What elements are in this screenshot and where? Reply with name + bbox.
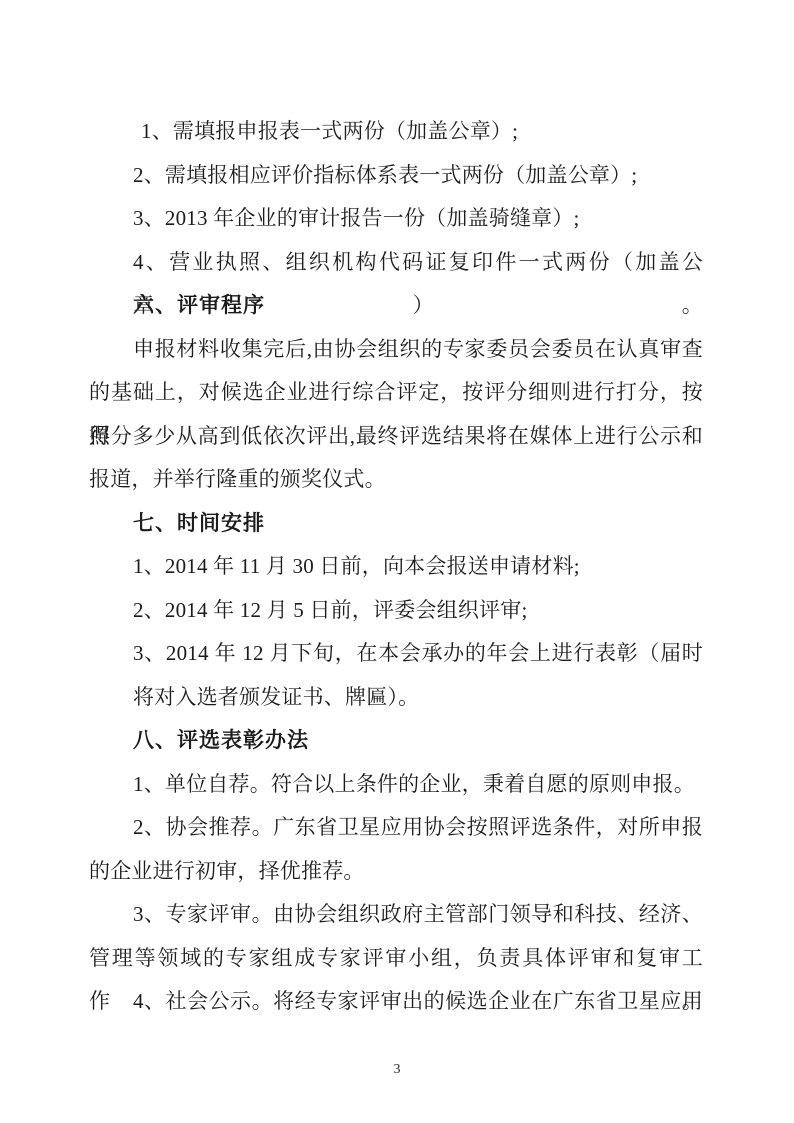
- attachment-item-2: 2、需填报相应评价指标体系表一式两份（加盖公章）;: [89, 154, 703, 198]
- review-procedure-line-4: 报道，并举行隆重的颁奖仪式。: [89, 458, 703, 502]
- review-procedure-line-3: 得分多少从高到低依次评出,最终评选结果将在媒体上进行公示和: [89, 415, 703, 459]
- selection-method-item-2-line-1: 2、协会推荐。广东省卫星应用协会按照评选条件，对所申报: [89, 806, 703, 850]
- section-heading-schedule: 七、时间安排: [89, 502, 703, 546]
- page-content: 1、需填报申报表一式两份（加盖公章）; 2、需填报相应评价指标体系表一式两份（加…: [89, 110, 703, 1024]
- schedule-item-3-line-2: 将对入选者颁发证书、牌匾）。: [89, 676, 703, 720]
- page-number: 3: [0, 1062, 794, 1078]
- review-procedure-line-2: 的基础上，对候选企业进行综合评定，按评分细则进行打分，按照: [89, 371, 703, 415]
- document-page: 1、需填报申报表一式两份（加盖公章）; 2、需填报相应评价指标体系表一式两份（加…: [0, 0, 794, 1123]
- selection-method-item-4-line-1: 4、社会公示。将经专家评审出的候选企业在广东省卫星应用: [89, 980, 703, 1024]
- selection-method-item-1: 1、单位自荐。符合以上条件的企业，秉着自愿的原则申报。: [89, 763, 703, 807]
- attachment-item-4: 4、营业执照、组织机构代码证复印件一式两份（加盖公章）。: [89, 241, 703, 285]
- section-heading-selection-method: 八、评选表彰办法: [89, 719, 703, 763]
- attachment-item-3: 3、2013 年企业的审计报告一份（加盖骑缝章）;: [89, 197, 703, 241]
- review-procedure-line-1: 申报材料收集完后,由协会组织的专家委员会委员在认真审查: [89, 328, 703, 372]
- selection-method-item-2-line-2: 的企业进行初审，择优推荐。: [89, 850, 703, 894]
- schedule-item-1: 1、2014 年 11 月 30 日前，向本会报送申请材料;: [89, 545, 703, 589]
- schedule-item-3-line-1: 3、2014 年 12 月下旬，在本会承办的年会上进行表彰（届时: [89, 632, 703, 676]
- selection-method-item-3-line-1: 3、专家评审。由协会组织政府主管部门领导和科技、经济、: [89, 893, 703, 937]
- schedule-item-2: 2、2014 年 12 月 5 日前，评委会组织评审;: [89, 589, 703, 633]
- attachment-item-1: 1、需填报申报表一式两份（加盖公章）;: [89, 110, 703, 154]
- selection-method-item-3-line-2: 管理等领域的专家组成专家评审小组，负责具体评审和复审工作。: [89, 937, 703, 981]
